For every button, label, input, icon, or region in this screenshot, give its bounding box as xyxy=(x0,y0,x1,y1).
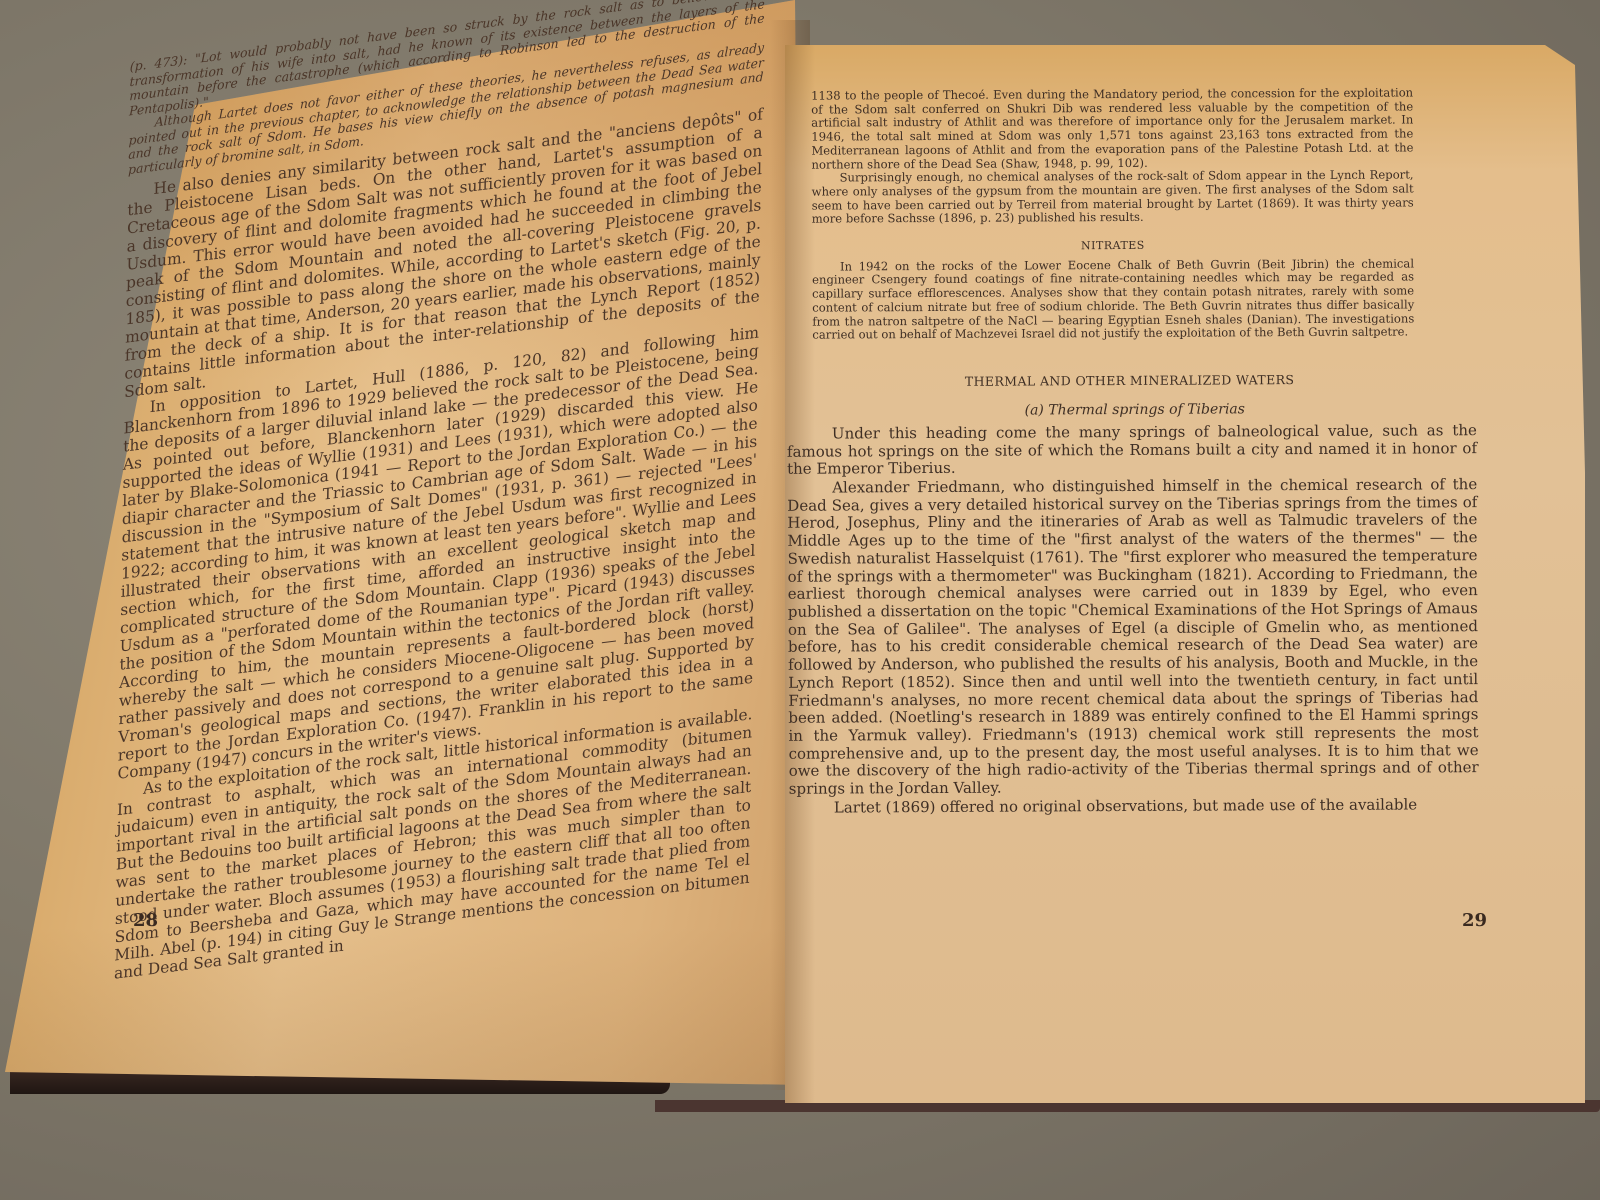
left-page-text: (p. 473): "Lot would probably not have b… xyxy=(114,0,765,983)
right-paragraph: Alexander Friedmann, who distinguished h… xyxy=(787,476,1479,798)
subsection-heading: (a) Thermal springs of Tiberias xyxy=(825,400,1445,419)
right-small-paragraph: Surprisingly enough, no chemical analyse… xyxy=(812,169,1414,227)
nitrates-paragraph: In 1942 on the rocks of the Lower Eocene… xyxy=(812,257,1414,342)
page-number-right: 29 xyxy=(1462,910,1487,931)
right-paragraph: Lartet (1869) offered no original observ… xyxy=(789,796,1479,817)
nitrates-heading: NITRATES xyxy=(812,237,1414,254)
right-page-text: 1138 to the people of Thecoé. Even durin… xyxy=(793,86,1447,818)
page-number-left: 28 xyxy=(133,910,158,931)
right-main-text: Under this heading come the many springs… xyxy=(787,422,1479,817)
section-heading: THERMAL AND OTHER MINERALIZED WATERS xyxy=(815,371,1445,389)
right-small-paragraph: 1138 to the people of Thecoé. Even durin… xyxy=(811,86,1413,171)
right-small-print: 1138 to the people of Thecoé. Even durin… xyxy=(793,86,1444,342)
photo-scene: (p. 473): "Lot would probably not have b… xyxy=(0,0,1600,1200)
left-paragraph: In opposition to Lartet, Hull (1886, p. … xyxy=(117,323,759,783)
right-paragraph: Under this heading come the many springs… xyxy=(787,422,1477,479)
